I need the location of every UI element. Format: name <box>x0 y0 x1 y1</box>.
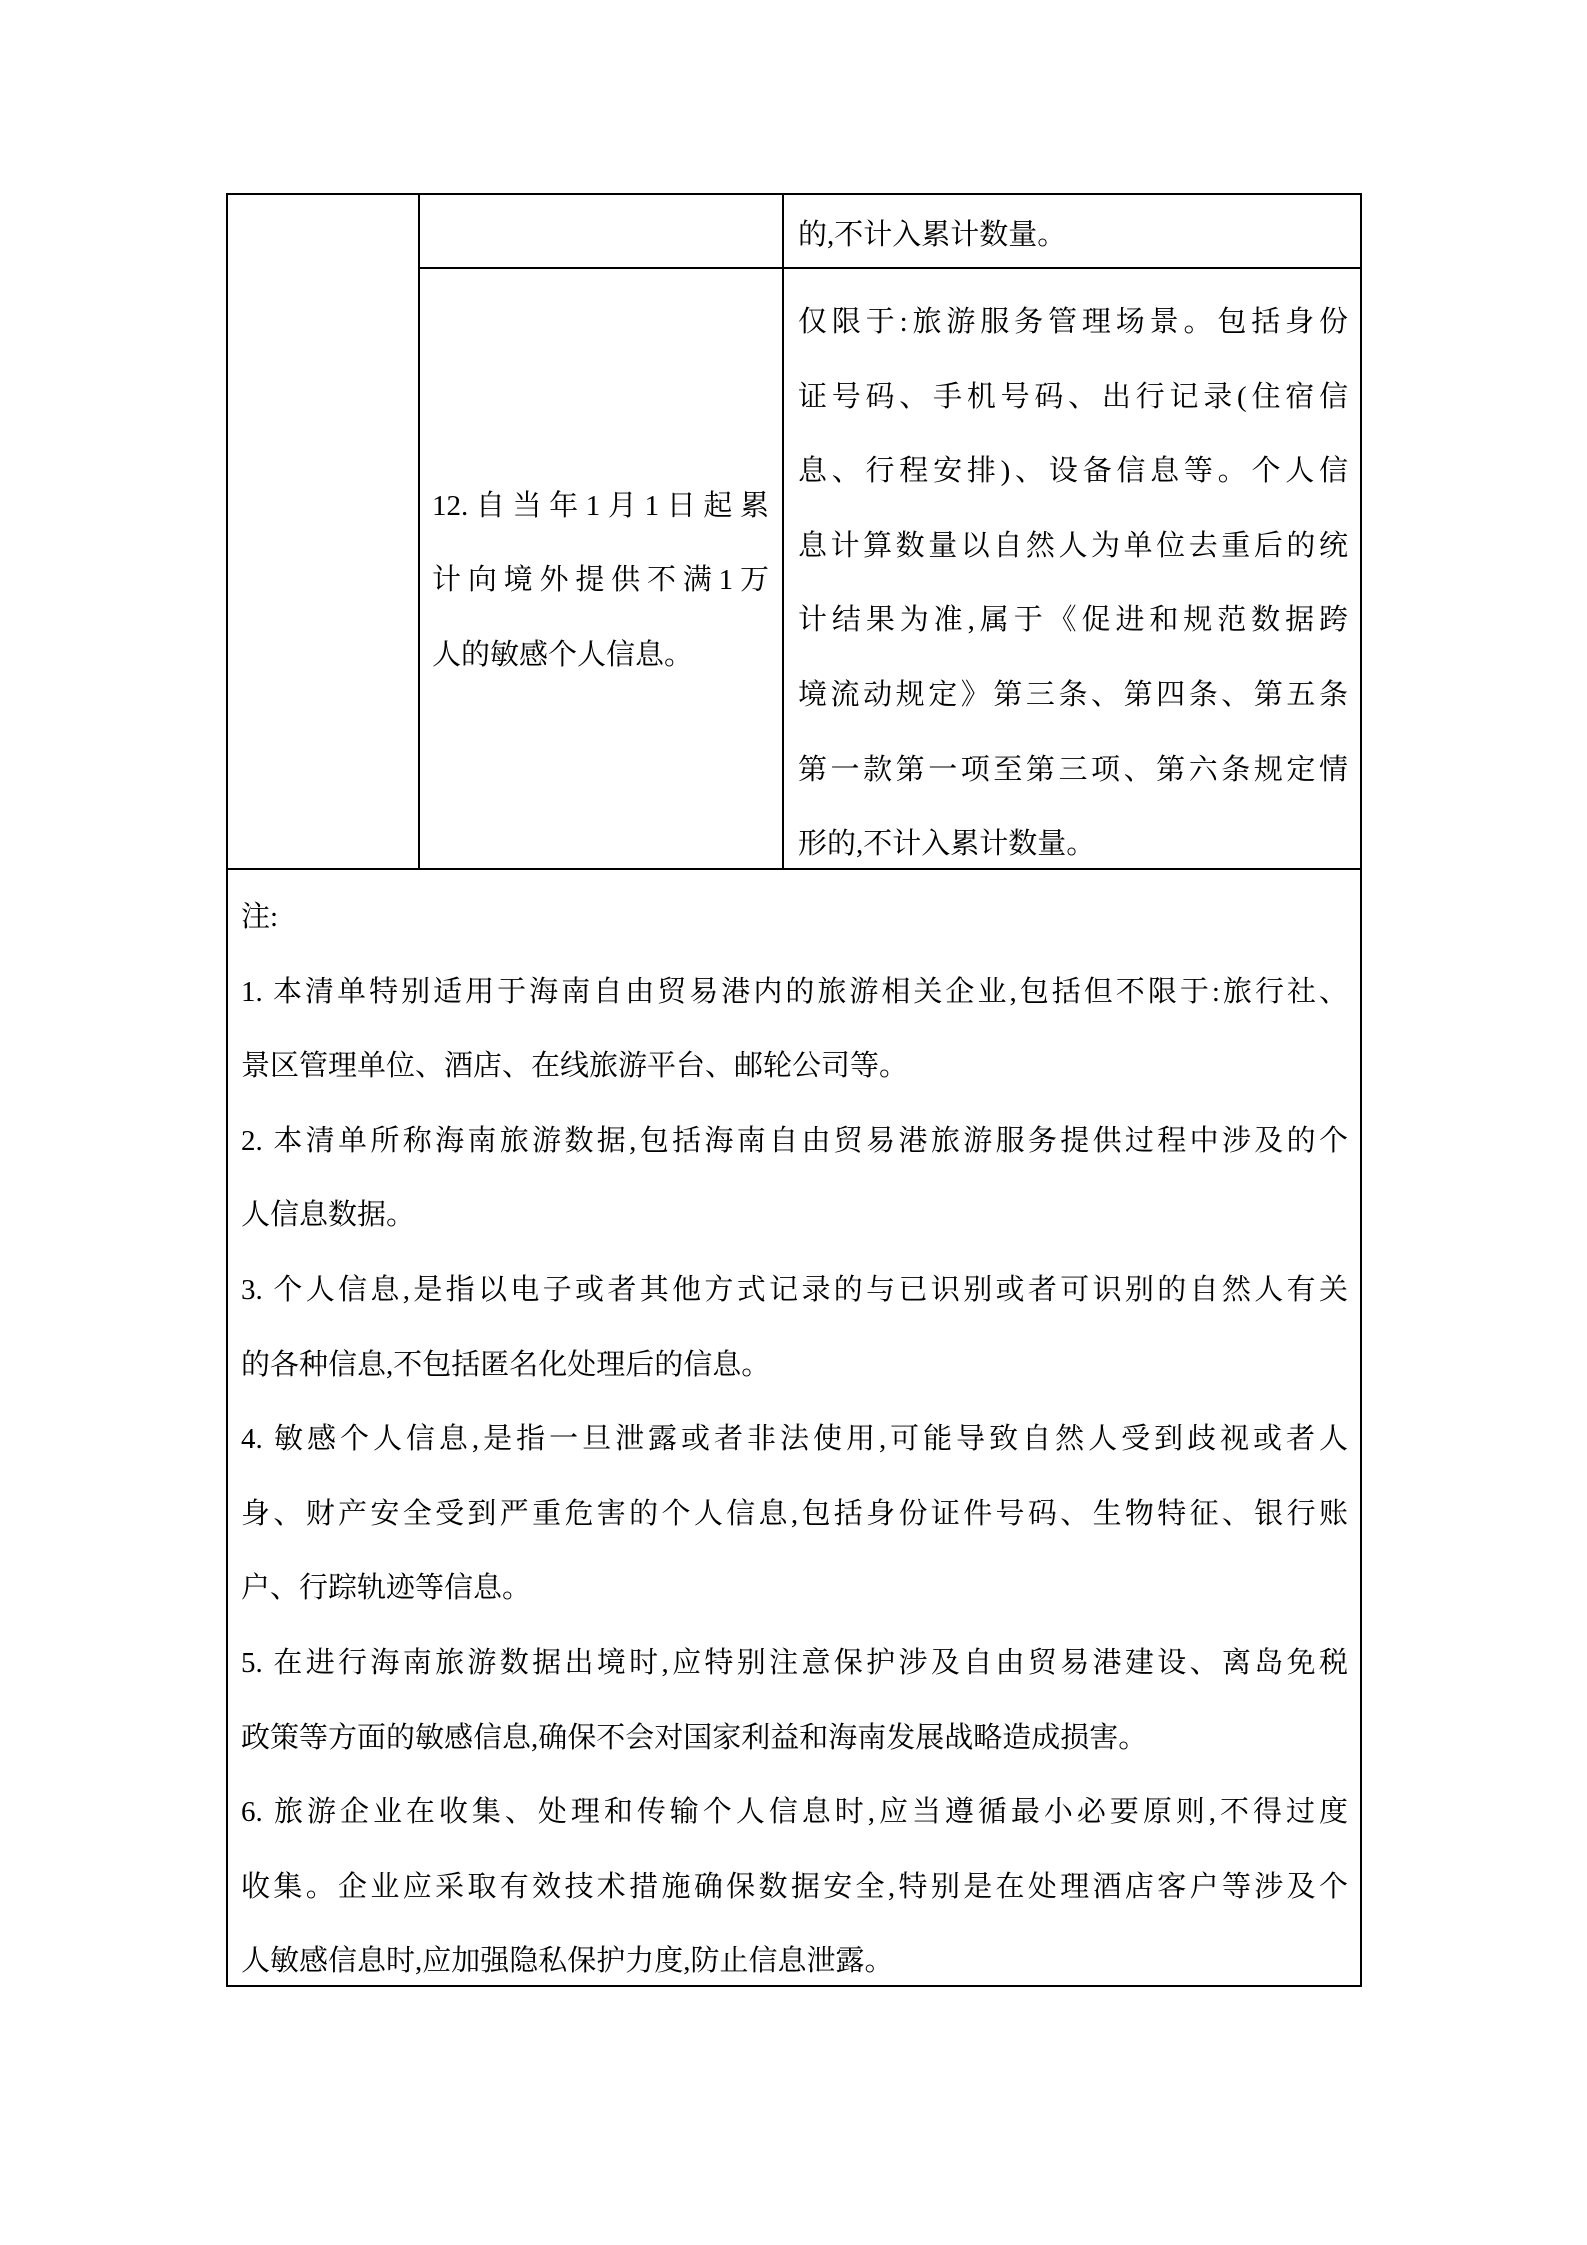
note-line: 人敏感信息时,应加强隐私保护力度,防止信息泄露。 <box>241 1924 1348 1985</box>
note-line: 1. 本清单特别适用于海南自由贸易港内的旅游相关企业,包括但不限于:旅行社、 <box>241 955 1348 1030</box>
item-line: 人的敏感个人信息。 <box>432 618 769 693</box>
scope-line: 息、行程安排)、设备信息等。个人信 <box>798 434 1348 509</box>
note-line: 景区管理单位、酒店、在线旅游平台、邮轮公司等。 <box>241 1029 1348 1104</box>
note-line: 收集。企业应采取有效技术措施确保数据安全,特别是在处理酒店客户等涉及个 <box>241 1850 1348 1925</box>
note-line: 6. 旅游企业在收集、处理和传输个人信息时,应当遵循最小必要原则,不得过度 <box>241 1775 1348 1850</box>
scope-line: 第一款第一项至第三项、第六条规定情 <box>798 733 1348 808</box>
scope-line: 计结果为准,属于《促进和规范数据跨 <box>798 583 1348 658</box>
note-line: 2. 本清单所称海南旅游数据,包括海南自由贸易港旅游服务提供过程中涉及的个 <box>241 1104 1348 1179</box>
data-export-list-table: 12.自当年1月1日起累 计向境外提供不满1万 人的敏感个人信息。 的,不计入累… <box>226 193 1362 1987</box>
note-line: 4. 敏感个人信息,是指一旦泄露或者非法使用,可能导致自然人受到歧视或者人 <box>241 1402 1348 1477</box>
scope-line: 形的,不计入累计数量。 <box>798 807 1348 868</box>
item-line: 12.自当年1月1日起累 <box>432 469 769 544</box>
scope-line: 证号码、手机号码、出行记录(住宿信 <box>798 360 1348 435</box>
item-line: 计向境外提供不满1万 <box>432 543 769 618</box>
note-line: 身、财产安全受到严重危害的个人信息,包括身份证件号码、生物特征、银行账 <box>241 1477 1348 1552</box>
notes-label: 注: <box>241 880 1348 955</box>
table-column-item: 12.自当年1月1日起累 计向境外提供不满1万 人的敏感个人信息。 <box>420 195 784 868</box>
scope-line: 仅限于:旅游服务管理场景。包括身份 <box>798 285 1348 360</box>
scope-line: 境流动规定》第三条、第四条、第五条 <box>798 658 1348 733</box>
table-cell-scope-continuation: 的,不计入累计数量。 <box>784 195 1360 267</box>
table-cell-item-empty <box>420 195 782 267</box>
table-cell-scope-12: 仅限于:旅游服务管理场景。包括身份 证号码、手机号码、出行记录(住宿信 息、行程… <box>784 267 1360 868</box>
note-line: 人信息数据。 <box>241 1178 1348 1253</box>
note-line: 政策等方面的敏感信息,确保不会对国家利益和海南发展战略造成损害。 <box>241 1701 1348 1776</box>
document-page: 12.自当年1月1日起累 计向境外提供不满1万 人的敏感个人信息。 的,不计入累… <box>0 0 1587 2245</box>
notes-cell: 注: 1. 本清单特别适用于海南自由贸易港内的旅游相关企业,包括但不限于:旅行社… <box>228 868 1360 1985</box>
note-line: 的各种信息,不包括匿名化处理后的信息。 <box>241 1328 1348 1403</box>
scope-line: 息计算数量以自然人为单位去重后的统 <box>798 509 1348 584</box>
table-cell-item-12: 12.自当年1月1日起累 计向境外提供不满1万 人的敏感个人信息。 <box>420 267 782 868</box>
table-cell-category-empty <box>228 195 420 868</box>
scope-continuation-line: 的,不计入累计数量。 <box>798 198 1066 267</box>
note-line: 户、行踪轨迹等信息。 <box>241 1551 1348 1626</box>
table-column-scope: 的,不计入累计数量。 仅限于:旅游服务管理场景。包括身份 证号码、手机号码、出行… <box>784 195 1360 868</box>
note-line: 3. 个人信息,是指以电子或者其他方式记录的与已识别或者可识别的自然人有关 <box>241 1253 1348 1328</box>
table-top-section: 12.自当年1月1日起累 计向境外提供不满1万 人的敏感个人信息。 的,不计入累… <box>228 195 1360 868</box>
note-line: 5. 在进行海南旅游数据出境时,应特别注意保护涉及自由贸易港建设、离岛免税 <box>241 1626 1348 1701</box>
